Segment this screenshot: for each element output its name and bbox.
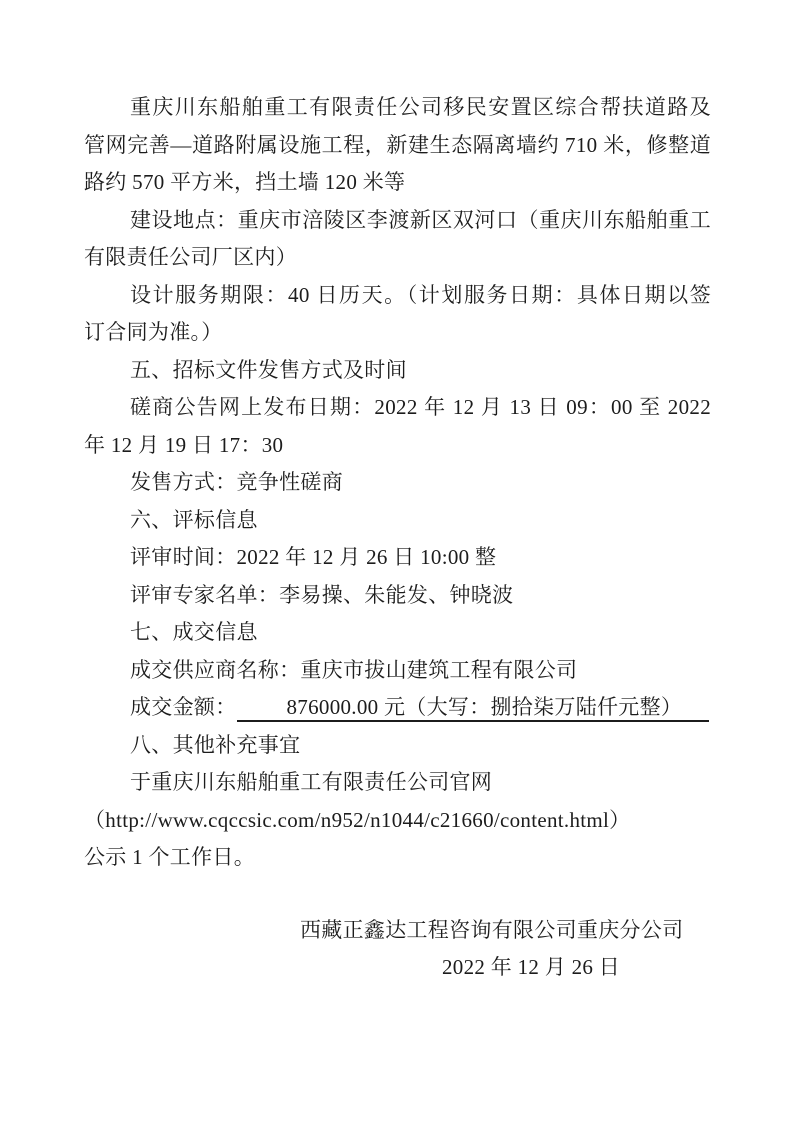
document-line: 成交供应商名称：重庆市拔山建筑工程有限公司	[84, 652, 711, 690]
signature-company: 西藏正鑫达工程咨询有限公司重庆分公司	[84, 912, 711, 950]
document-page: 重庆川东船舶重工有限责任公司移民安置区综合帮扶道路及管网完善—道路附属设施工程，…	[0, 0, 793, 1122]
document-line: 有限责任公司厂区内）	[84, 239, 711, 277]
amount-underlined-value: 876000.00 元（大写：捌拾柒万陆仟元整）	[237, 689, 712, 727]
document-line: 七、成交信息	[84, 614, 711, 652]
document-line: 建设地点：重庆市涪陵区李渡新区双河口（重庆川东船舶重工	[84, 202, 711, 240]
document-line: 发售方式：竞争性磋商	[84, 464, 711, 502]
document-line: 重庆川东船舶重工有限责任公司移民安置区综合帮扶道路及	[84, 89, 711, 127]
document-line: 设计服务期限：40 日历天。（计划服务日期：具体日期以签	[84, 277, 711, 315]
signature-block: 西藏正鑫达工程咨询有限公司重庆分公司 2022 年 12 月 26 日	[84, 912, 711, 987]
document-line: （http://www.cqccsic.com/n952/n1044/c2166…	[84, 802, 711, 840]
document-line: 磋商公告网上发布日期：2022 年 12 月 13 日 09：00 至 2022	[84, 389, 711, 427]
document-line: 于重庆川东船舶重工有限责任公司官网	[84, 764, 711, 802]
document-line: 六、评标信息	[84, 502, 711, 540]
document-body: 重庆川东船舶重工有限责任公司移民安置区综合帮扶道路及管网完善—道路附属设施工程，…	[84, 89, 711, 877]
document-content: 重庆川东船舶重工有限责任公司移民安置区综合帮扶道路及管网完善—道路附属设施工程，…	[84, 89, 711, 987]
document-line: 公示 1 个工作日。	[84, 839, 711, 877]
amount-label: 成交金额：	[84, 689, 237, 727]
document-line: 年 12 月 19 日 17：30	[84, 427, 711, 465]
amount-line: 成交金额：876000.00 元（大写：捌拾柒万陆仟元整）	[84, 689, 711, 727]
document-line: 五、招标文件发售方式及时间	[84, 352, 711, 390]
document-line: 管网完善—道路附属设施工程，新建生态隔离墙约 710 米，修整道	[84, 127, 711, 165]
document-line: 评审专家名单：李易操、朱能发、钟晓波	[84, 577, 711, 615]
document-line: 订合同为准。）	[84, 314, 711, 352]
document-line: 路约 570 平方米，挡土墙 120 米等	[84, 164, 711, 202]
signature-date: 2022 年 12 月 26 日	[84, 949, 711, 987]
document-line: 八、其他补充事宜	[84, 727, 711, 765]
document-line: 评审时间：2022 年 12 月 26 日 10:00 整	[84, 539, 711, 577]
